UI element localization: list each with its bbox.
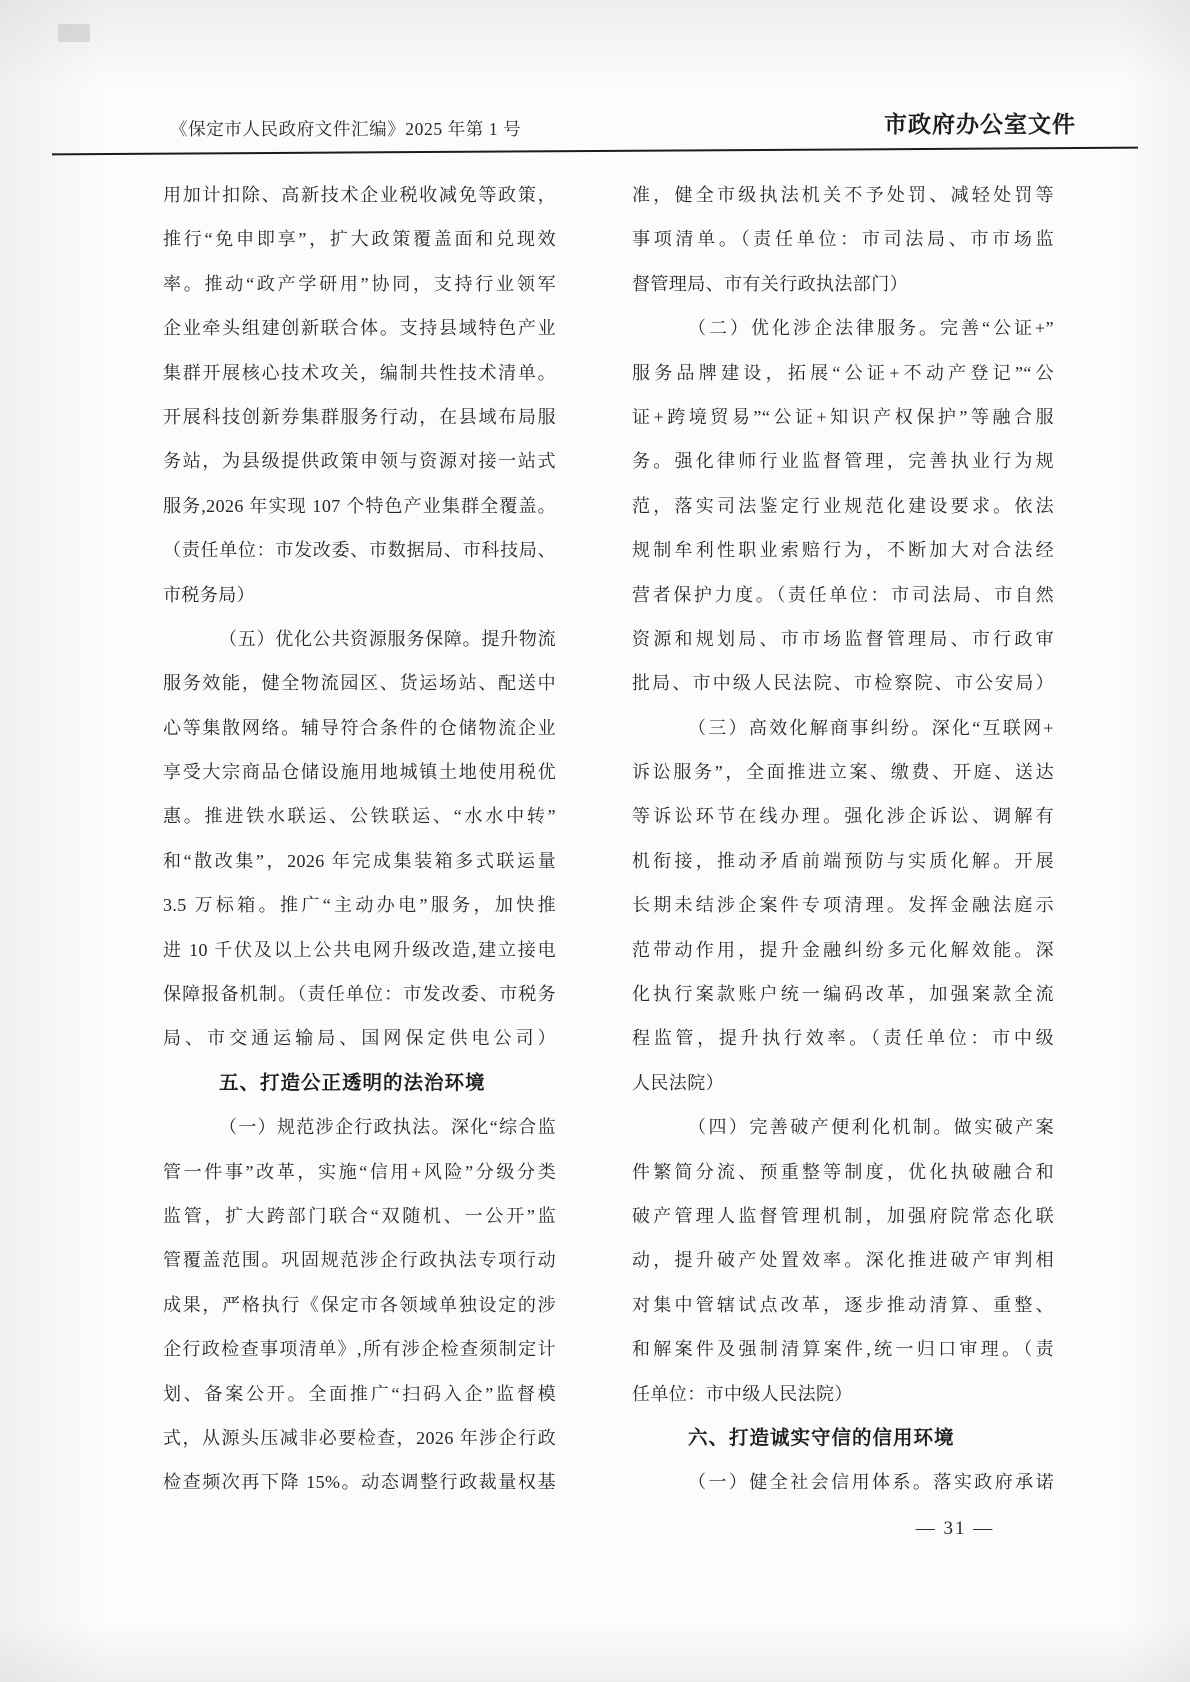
text-line: 对集中管辖试点改革，逐步推动清算、重整、 [632, 1283, 1054, 1327]
text-line: 率。推动“政产学研用”协同，支持行业领军 [163, 262, 556, 306]
text-line: 企行政检查事项清单》,所有涉企检查须制定计 [163, 1327, 556, 1371]
text-line: 务。强化律师行业监督管理，完善执业行为规 [632, 439, 1054, 483]
text-line: 企业牵头组建创新联合体。支持县域特色产业 [163, 306, 556, 350]
page-number: — 31 — [875, 1518, 1035, 1540]
text-line: 推行“免申即享”，扩大政策覆盖面和兑现效 [163, 217, 556, 261]
text-line: （一）规范涉企行政执法。深化“综合监 [163, 1105, 556, 1149]
text-line: （三）高效化解商事纠纷。深化“互联网+ [632, 706, 1054, 750]
text-line: 批局、市中级人民法院、市检察院、市公安局） [632, 661, 1054, 705]
text-line: 检查频次再下降 15%。动态调整行政裁量权基 [163, 1460, 556, 1504]
scan-artifact [58, 24, 90, 42]
header-publication-title: 《保定市人民政府文件汇编》2025 年第 1 号 [170, 116, 521, 141]
text-line: 务站，为县级提供政策申领与资源对接一站式 [163, 439, 556, 483]
text-line: 市税务局） [163, 573, 556, 617]
text-line: 任单位：市中级人民法院） [632, 1372, 1054, 1416]
text-line: 式，从源头压减非必要检查，2026 年涉企行政 [163, 1416, 556, 1460]
text-line: 局、市交通运输局、国网保定供电公司） [163, 1016, 556, 1060]
text-line: 心等集散网络。辅导符合条件的仓储物流企业 [163, 706, 556, 750]
text-line: 规制牟利性职业索赔行为，不断加大对合法经 [632, 528, 1054, 572]
text-line: （二）优化涉企法律服务。完善“公证+” [632, 306, 1054, 350]
text-line: 等诉讼环节在线办理。强化涉企诉讼、调解有 [632, 794, 1054, 838]
text-line: 件繁简分流、预重整等制度，优化执破融合和 [632, 1150, 1054, 1194]
text-line: 长期未结涉企案件专项清理。发挥金融法庭示 [632, 883, 1054, 927]
text-line: （四）完善破产便利化机制。做实破产案 [632, 1105, 1054, 1149]
text-line: （五）优化公共资源服务保障。提升物流 [163, 617, 556, 661]
text-line: 惠。推进铁水联运、公铁联运、“水水中转” [163, 794, 556, 838]
text-line: 管一件事”改革，实施“信用+风险”分级分类 [163, 1150, 556, 1194]
document-page: { "colors": { "text": "#262626", "rule":… [0, 0, 1190, 1682]
text-line: 营者保护力度。（责任单位：市司法局、市自然 [632, 573, 1054, 617]
text-line: 破产管理人监督管理机制，加强府院常态化联 [632, 1194, 1054, 1238]
text-line: 集群开展核心技术攻关，编制共性技术清单。 [163, 351, 556, 395]
text-line: 服务,2026 年实现 107 个特色产业集群全覆盖。 [163, 484, 556, 528]
text-line: 享受大宗商品仓储设施用地城镇土地使用税优 [163, 750, 556, 794]
left-column: 用加计扣除、高新技术企业税收减免等政策，推行“免申即享”，扩大政策覆盖面和兑现效… [163, 173, 556, 1505]
text-line: 准，健全市级执法机关不予处罚、减轻处罚等 [632, 173, 1054, 217]
section-heading: 五、打造公正透明的法治环境 [163, 1061, 556, 1105]
text-line: 督管理局、市有关行政执法部门） [632, 262, 1054, 306]
text-line: 服务效能，健全物流园区、货运场站、配送中 [163, 661, 556, 705]
scan-shading-bottom [0, 1622, 1190, 1682]
text-line: 管覆盖范围。巩固规范涉企行政执法专项行动 [163, 1238, 556, 1282]
scan-shading-top [0, 0, 1190, 88]
text-line: 化执行案款账户统一编码改革，加强案款全流 [632, 972, 1054, 1016]
text-line: 范带动作用，提升金融纠纷多元化解效能。深 [632, 928, 1054, 972]
text-line: （一）健全社会信用体系。落实政府承诺 [632, 1460, 1054, 1504]
text-line: 用加计扣除、高新技术企业税收减免等政策， [163, 173, 556, 217]
text-line: 诉讼服务”，全面推进立案、缴费、开庭、送达 [632, 750, 1054, 794]
text-line: （责任单位：市发改委、市数据局、市科技局、 [163, 528, 556, 572]
scan-shading-right [1120, 0, 1190, 1682]
text-line: 人民法院） [632, 1061, 1054, 1105]
text-line: 成果，严格执行《保定市各领域单独设定的涉 [163, 1283, 556, 1327]
text-line: 3.5 万标箱。推广“主动办电”服务，加快推 [163, 883, 556, 927]
text-line: 划、备案公开。全面推广“扫码入企”监督模 [163, 1372, 556, 1416]
text-line: 证+跨境贸易”“公证+知识产权保护”等融合服 [632, 395, 1054, 439]
text-line: 监管，扩大跨部门联合“双随机、一公开”监 [163, 1194, 556, 1238]
text-line: 和“散改集”，2026 年完成集装箱多式联运量 [163, 839, 556, 883]
text-line: 进 10 千伏及以上公共电网升级改造,建立接电 [163, 928, 556, 972]
text-line: 动，提升破产处置效率。深化推进破产审判相 [632, 1238, 1054, 1282]
text-line: 服务品牌建设，拓展“公证+不动产登记”“公 [632, 351, 1054, 395]
scan-shading-left [0, 0, 105, 1682]
header-divider [52, 147, 1138, 156]
text-line: 资源和规划局、市市场监督管理局、市行政审 [632, 617, 1054, 661]
right-column: 准，健全市级执法机关不予处罚、减轻处罚等事项清单。（责任单位：市司法局、市市场监… [632, 173, 1054, 1505]
text-line: 和解案件及强制清算案件,统一归口审理。（责 [632, 1327, 1054, 1371]
header-document-category: 市政府办公室文件 [884, 106, 1076, 139]
text-line: 事项清单。（责任单位：市司法局、市市场监 [632, 217, 1054, 261]
text-line: 开展科技创新券集群服务行动，在县域布局服 [163, 395, 556, 439]
text-line: 保障报备机制。（责任单位：市发改委、市税务 [163, 972, 556, 1016]
text-line: 机衔接，推动矛盾前端预防与实质化解。开展 [632, 839, 1054, 883]
text-line: 范，落实司法鉴定行业规范化建设要求。依法 [632, 484, 1054, 528]
section-heading: 六、打造诚实守信的信用环境 [632, 1416, 1054, 1460]
text-line: 程监管，提升执行效率。（责任单位：市中级 [632, 1016, 1054, 1060]
